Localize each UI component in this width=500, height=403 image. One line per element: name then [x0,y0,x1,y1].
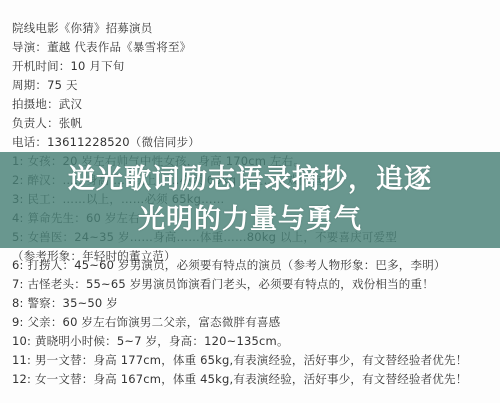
role-line: 7: 古怪老头：55~65 岁男演员饰演看门老头，必须要有特点的，戏份相当的重！ [12,277,434,291]
role-line: 10: 黄晓明小时候：5~7 岁，身高：120~135cm。 [12,334,289,348]
banner-title-line-2: 光明的力量与勇气 [0,200,500,240]
duration-line: 周期：75 天 [12,78,78,92]
director-line: 导演：董越 代表作品《暴雪将至》 [12,40,191,54]
role-line: 8: 警察：35~50 岁 [12,296,118,310]
role-line: 9: 父亲：60 岁左右饰演男二父亲，富态微胖有喜感 [12,315,280,329]
start-time-line: 开机时间：10 月下旬 [12,59,125,73]
role-line: 6: 打捞人：45~60 岁男演员，必须要有特点的演员（参考人物形象：巴多，李明… [12,258,446,272]
banner-title: 逆光歌词励志语录摘抄，追逐 光明的力量与勇气 [0,160,500,240]
role-line: 11: 男一文替：身高 177cm，体重 65kg,有表演经验，活好事少，有文替… [12,353,467,367]
banner-title-line-1: 逆光歌词励志语录摘抄，追逐 [0,160,500,200]
contact-person-line: 负责人：张帆 [12,116,82,130]
location-line: 拍摄地：武汉 [12,97,82,111]
role-line: 12: 女一文替：身高 167cm，体重 45kg,有表演经验，活好事少，有文替… [12,372,467,386]
document-title: 院线电影《你猜》招募演员 [12,21,152,35]
phone-line: 电话：13611228520（微信同步） [12,135,200,149]
